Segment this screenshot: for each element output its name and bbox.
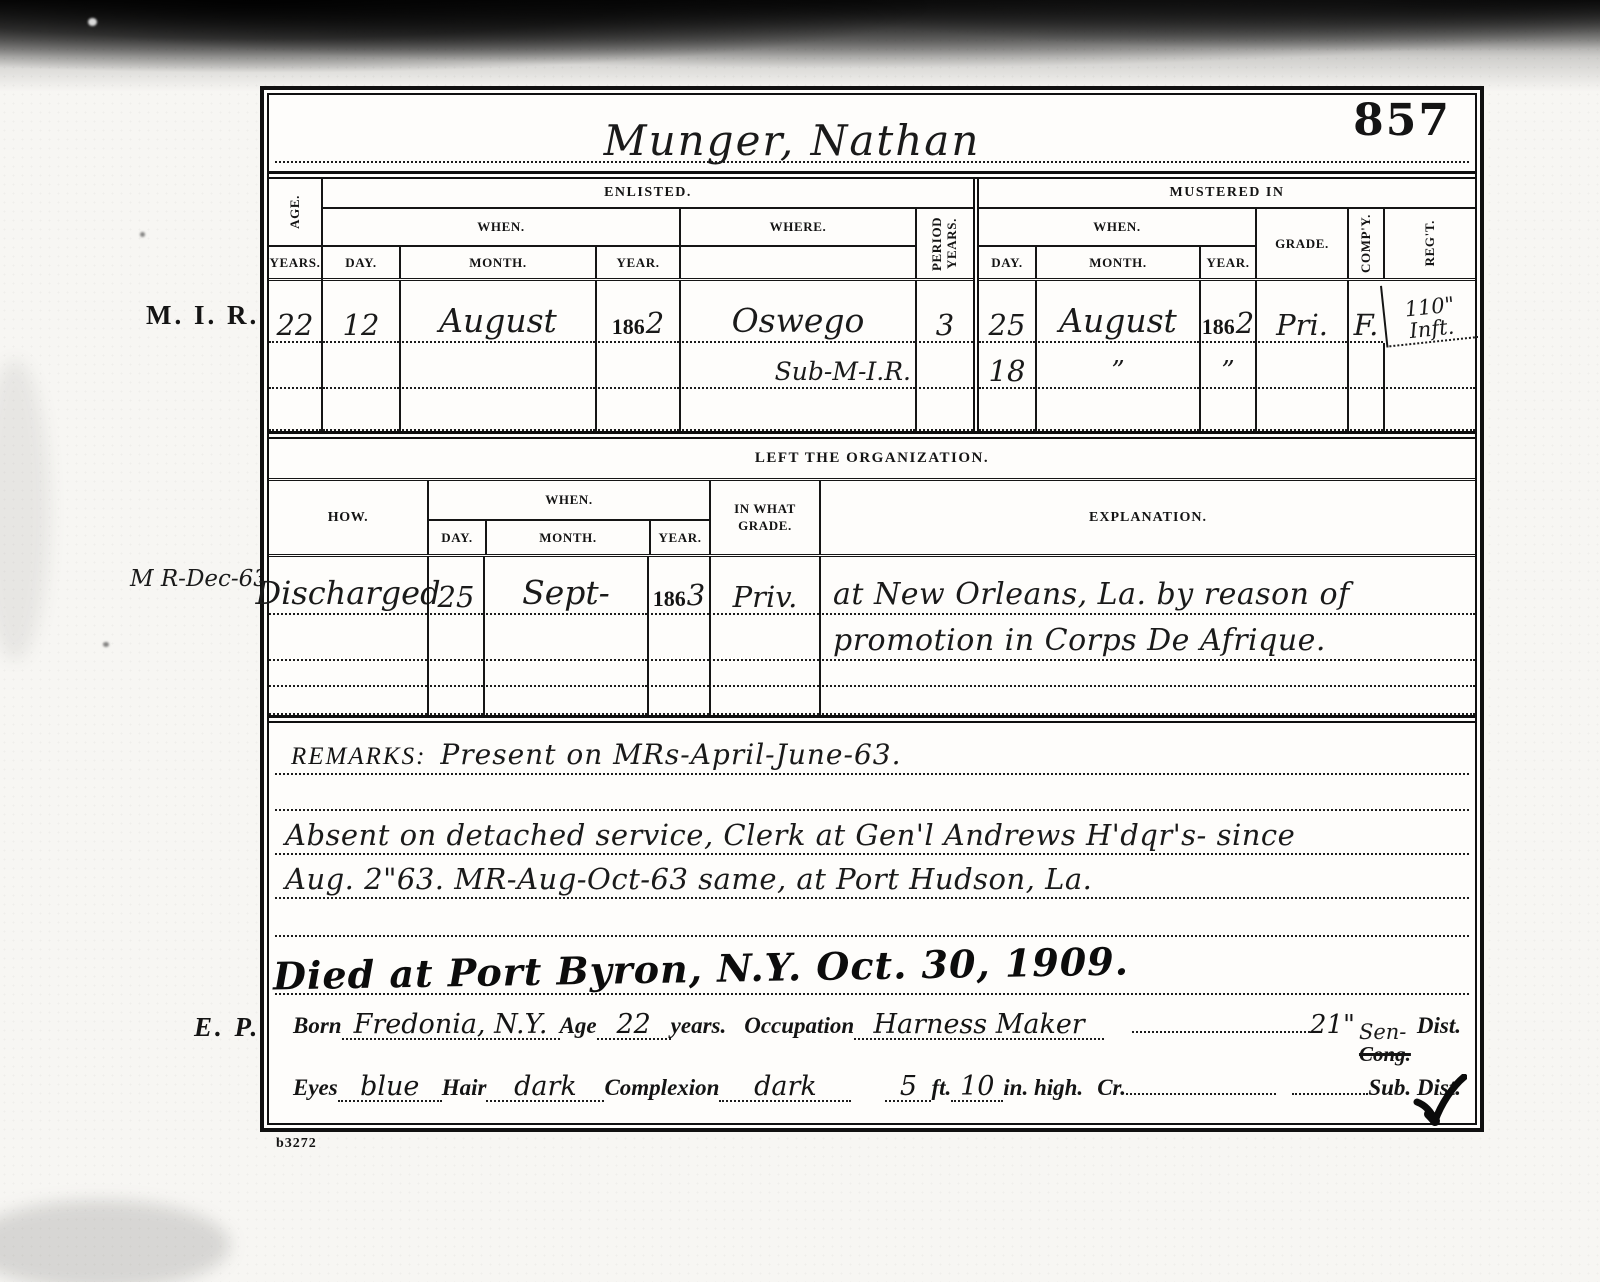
col-header-explanation: EXPLANATION. — [819, 481, 1475, 554]
empty-cell — [595, 343, 679, 389]
remarks-section: REMARKS: Present on MRs-April-June-63. A… — [269, 723, 1475, 995]
remarks-line-2: Absent on detached service, Clerk at Gen… — [275, 811, 1469, 855]
district-number: 21" — [1310, 1012, 1355, 1038]
empty-cell — [483, 661, 647, 687]
hair-value: dark — [486, 1073, 604, 1102]
col-header-year: YEAR. — [649, 521, 709, 554]
year-printed-prefix: 186 — [653, 586, 686, 612]
death-note-line: Died at Port Byron, N.Y. Oct. 30, 1909. — [275, 937, 1469, 995]
age-value: 22 — [597, 1011, 671, 1040]
empty-cell — [427, 615, 483, 661]
col-header-day: DAY. — [979, 247, 1035, 278]
in-high-label: in. high. — [1003, 1075, 1083, 1101]
col-header-age: AGE. — [288, 195, 303, 229]
scan-speck — [88, 18, 97, 26]
col-header-grade: GRADE. — [1255, 209, 1347, 278]
enlisted-period-value: 3 — [915, 281, 973, 343]
col-header-period-years: PERIOD YEARS. — [930, 209, 960, 278]
empty-cell — [647, 661, 709, 687]
mustered-day2-value: 18 — [979, 343, 1035, 389]
district-correction: Sen- Cong. — [1359, 1021, 1411, 1065]
enlisted-section: ENLISTED. WHEN. DAY. MONTH. YEAR. WHERE. — [321, 179, 973, 431]
company-header: COMP'Y. — [1347, 209, 1383, 278]
period-years-header: PERIOD YEARS. — [915, 209, 973, 278]
scan-smudge — [0, 1200, 230, 1282]
col-header-month: MONTH. — [485, 521, 649, 554]
empty-cell — [1255, 389, 1347, 431]
left-org-data-row-4 — [269, 687, 1475, 715]
height-inches-value: 10 — [951, 1073, 1003, 1102]
empty-cell — [709, 615, 819, 661]
mustered-year-value: 1862 — [1199, 281, 1255, 343]
day-value: 25 — [427, 557, 483, 615]
enlisted-where-value: Oswego — [679, 281, 915, 343]
mustered-month-value: August — [1035, 281, 1199, 343]
section-divider — [269, 715, 1475, 723]
vitals-section: Born Fredonia, N.Y. Age 22 years. Occupa… — [269, 995, 1475, 1123]
ft-label: ft. — [931, 1075, 951, 1101]
left-org-data-row-3 — [269, 661, 1475, 687]
left-organization-title: LEFT THE ORGANIZATION. — [269, 439, 1475, 481]
born-value: Fredonia, N.Y. — [342, 1011, 560, 1040]
enlisted-title: ENLISTED. — [323, 179, 973, 209]
margin-label-mr-dec-63: M R-Dec-63. — [130, 566, 275, 592]
empty-cell — [1383, 389, 1475, 431]
col-header-when: WHEN. — [429, 481, 709, 521]
scanned-record-page: M. I. R. M R-Dec-63. E. P. b3272 857 Mun… — [0, 0, 1600, 1282]
enlisted-where-note: Sub-M-I.R. — [679, 343, 915, 389]
empty-cell — [483, 687, 647, 715]
col-header-regiment: REG'T. — [1423, 220, 1438, 266]
month-value: Sept- — [483, 557, 647, 615]
year-value: 1863 — [647, 557, 709, 615]
empty-cell — [269, 661, 427, 687]
year-printed-prefix: 186 — [612, 314, 645, 340]
ditto-mark: ” — [1199, 343, 1255, 389]
district-sen-handwritten: Sen- — [1359, 1021, 1406, 1043]
district-cong-struck: Cong. — [1359, 1043, 1411, 1065]
death-note: Died at Port Byron, N.Y. Oct. 30, 1909. — [273, 939, 1130, 999]
eyes-value: blue — [338, 1073, 442, 1102]
left-org-data-row-2: promotion in Corps De Afrique. — [269, 615, 1475, 661]
mustered-day-value: 25 — [979, 281, 1035, 343]
empty-cell — [709, 687, 819, 715]
col-header-when: WHEN. — [323, 209, 679, 247]
col-header-day: DAY. — [323, 247, 399, 278]
empty-cell — [483, 615, 647, 661]
margin-label-mir: M. I. R. — [146, 300, 259, 331]
blank-dotted-fill — [1126, 1093, 1276, 1095]
empty-cell — [269, 389, 321, 431]
born-label: Born — [293, 1013, 342, 1039]
hair-label: Hair — [442, 1075, 487, 1101]
enlisted-month-value: August — [399, 281, 595, 343]
mustered-data-row: 25 August 1862 Pri. F. 110" Inft. — [979, 281, 1475, 343]
scan-smudge — [0, 360, 50, 660]
vitals-line-2: Eyes blue Hair dark Complexion dark 5 ft… — [293, 1073, 1461, 1102]
remarks-line-1: REMARKS: Present on MRs-April-June-63. — [275, 723, 1469, 775]
empty-cell — [427, 687, 483, 715]
enlisted-data-row-2: Sub-M-I.R. — [323, 343, 973, 389]
military-record-card: 857 Munger, Nathan AGE. YEARS. 22 ENLI — [260, 86, 1484, 1132]
empty-cell — [709, 661, 819, 687]
occupation-label: Occupation — [744, 1013, 854, 1039]
blank-dotted-line — [275, 899, 1469, 937]
col-header-years: YEARS. — [269, 245, 321, 281]
ditto-mark: ” — [1035, 343, 1199, 389]
empty-cell — [1383, 343, 1475, 389]
empty-cell — [1255, 343, 1347, 389]
mustered-regiment-value: 110" Inft. — [1380, 276, 1478, 347]
left-org-data-row: Discharged 25 Sept- 1863 Priv. at New Or… — [269, 557, 1475, 615]
left-organization-header: HOW. WHEN. DAY. MONTH. YEAR. IN WHAT GRA… — [269, 481, 1475, 557]
remarks-text-3: Aug. 2"63. MR-Aug-Oct-63 same, at Port H… — [285, 862, 1092, 897]
empty-cell — [819, 661, 1475, 687]
left-org-when-block: WHEN. DAY. MONTH. YEAR. — [427, 481, 709, 554]
enlisted-when-block: WHEN. DAY. MONTH. YEAR. — [323, 209, 679, 278]
col-header-day: DAY. — [429, 521, 485, 554]
blank-dotted-fill — [1292, 1093, 1368, 1095]
col-header-company: COMP'Y. — [1359, 214, 1374, 273]
enlisted-year-value: 1862 — [595, 281, 679, 343]
empty-cell — [1199, 389, 1255, 431]
col-header-year: YEAR. — [595, 247, 679, 278]
grade-value: Priv. — [709, 557, 819, 615]
remarks-text-2: Absent on detached service, Clerk at Gen… — [285, 818, 1295, 853]
enlisted-data-row: 12 August 1862 Oswego 3 — [323, 281, 973, 343]
card-inner-border: 857 Munger, Nathan AGE. YEARS. 22 ENLI — [267, 93, 1477, 1125]
regiment-header: REG'T. — [1383, 209, 1475, 278]
empty-cell — [427, 661, 483, 687]
age-label: Age — [560, 1013, 597, 1039]
mustered-in-section: MUSTERED IN WHEN. DAY. MONTH. YEAR. GRAD… — [973, 179, 1475, 431]
empty-cell — [399, 389, 595, 431]
left-organization-table: LEFT THE ORGANIZATION. HOW. WHEN. DAY. M… — [269, 439, 1475, 715]
enlisted-where-block: WHERE. — [679, 209, 915, 278]
vitals-line-1: Born Fredonia, N.Y. Age 22 years. Occupa… — [293, 1011, 1461, 1059]
age-column: AGE. YEARS. 22 — [269, 179, 321, 431]
blank-dotted-line — [275, 775, 1469, 811]
empty-cell — [269, 687, 427, 715]
mustered-company-value: F. — [1347, 281, 1383, 343]
empty-cell — [323, 343, 399, 389]
empty-cell — [1035, 389, 1199, 431]
col-header-month: MONTH. — [1035, 247, 1199, 278]
complexion-value: dark — [719, 1073, 851, 1102]
margin-label-ep: E. P. — [194, 1012, 260, 1043]
plate-code: b3272 — [276, 1136, 317, 1152]
years-label: years. — [671, 1013, 727, 1039]
enlisted-day-value: 12 — [323, 281, 399, 343]
scan-speck — [140, 232, 145, 237]
checkmark-icon — [1411, 1074, 1467, 1133]
col-header-where: WHERE. — [681, 209, 915, 247]
empty-cell — [595, 389, 679, 431]
col-header-in-what-grade: IN WHAT GRADE. — [709, 481, 819, 554]
empty-cell — [819, 687, 1475, 715]
mustered-when-block: WHEN. DAY. MONTH. YEAR. — [979, 209, 1255, 278]
section-divider — [269, 171, 1475, 179]
mustered-grade-value: Pri. — [1255, 281, 1347, 343]
age-header-cell: AGE. — [269, 179, 321, 245]
mustered-header-row: WHEN. DAY. MONTH. YEAR. GRADE. COMP'Y. — [979, 209, 1475, 281]
remarks-label: REMARKS: — [291, 743, 426, 773]
empty-cell — [323, 389, 399, 431]
mustered-data-row-3 — [979, 389, 1475, 431]
empty-cell — [1347, 389, 1383, 431]
card-number: 857 — [1353, 95, 1451, 146]
complexion-label: Complexion — [604, 1075, 719, 1101]
mustered-in-title: MUSTERED IN — [979, 179, 1475, 209]
col-header-how: HOW. — [269, 481, 427, 554]
empty-cell — [979, 389, 1035, 431]
year-written-suffix: 2 — [1236, 306, 1254, 340]
name-row: 857 Munger, Nathan — [269, 95, 1475, 171]
blank-dotted-fill — [1132, 1031, 1310, 1033]
empty-cell — [399, 343, 595, 389]
eyes-label: Eyes — [293, 1075, 338, 1101]
empty-cell — [915, 343, 973, 389]
remarks-text-1: Present on MRs-April-June-63. — [440, 738, 901, 773]
section-divider — [269, 431, 1475, 439]
year-written-suffix: 3 — [687, 578, 705, 612]
empty-cell — [647, 615, 709, 661]
col-header-when: WHEN. — [979, 209, 1255, 247]
year-printed-prefix: 186 — [1202, 314, 1235, 340]
occupation-value: Harness Maker — [854, 1011, 1104, 1040]
empty-cell — [647, 687, 709, 715]
empty-cell — [915, 389, 973, 431]
year-written-suffix: 2 — [646, 306, 664, 340]
how-value: Discharged — [269, 557, 427, 615]
scan-artifact-top-band — [0, 0, 1600, 92]
enlisted-data-row-3 — [323, 389, 973, 431]
empty-cell — [679, 389, 915, 431]
mustered-data-row-2: 18 ” ” — [979, 343, 1475, 389]
empty-cell — [269, 343, 321, 389]
explanation-line-2: promotion in Corps De Afrique. — [819, 615, 1475, 661]
cr-label: Cr. — [1097, 1075, 1126, 1101]
empty-cell — [1347, 343, 1383, 389]
enlisted-header-row: WHEN. DAY. MONTH. YEAR. WHERE. — [323, 209, 973, 281]
soldier-name: Munger, Nathan — [269, 116, 1315, 165]
remarks-line-3: Aug. 2"63. MR-Aug-Oct-63 same, at Port H… — [275, 855, 1469, 899]
enlistment-muster-table: AGE. YEARS. 22 ENLISTED. WHEN. DAY. — [269, 179, 1475, 431]
explanation-line-1: at New Orleans, La. by reason of — [819, 557, 1475, 615]
col-header-year: YEAR. — [1199, 247, 1255, 278]
empty-cell — [269, 615, 427, 661]
col-header-month: MONTH. — [399, 247, 595, 278]
dist-label: Dist. — [1417, 1013, 1461, 1039]
height-feet-value: 5 — [885, 1073, 931, 1102]
enlisted-age-value: 22 — [269, 281, 321, 343]
scan-speck — [103, 642, 109, 647]
